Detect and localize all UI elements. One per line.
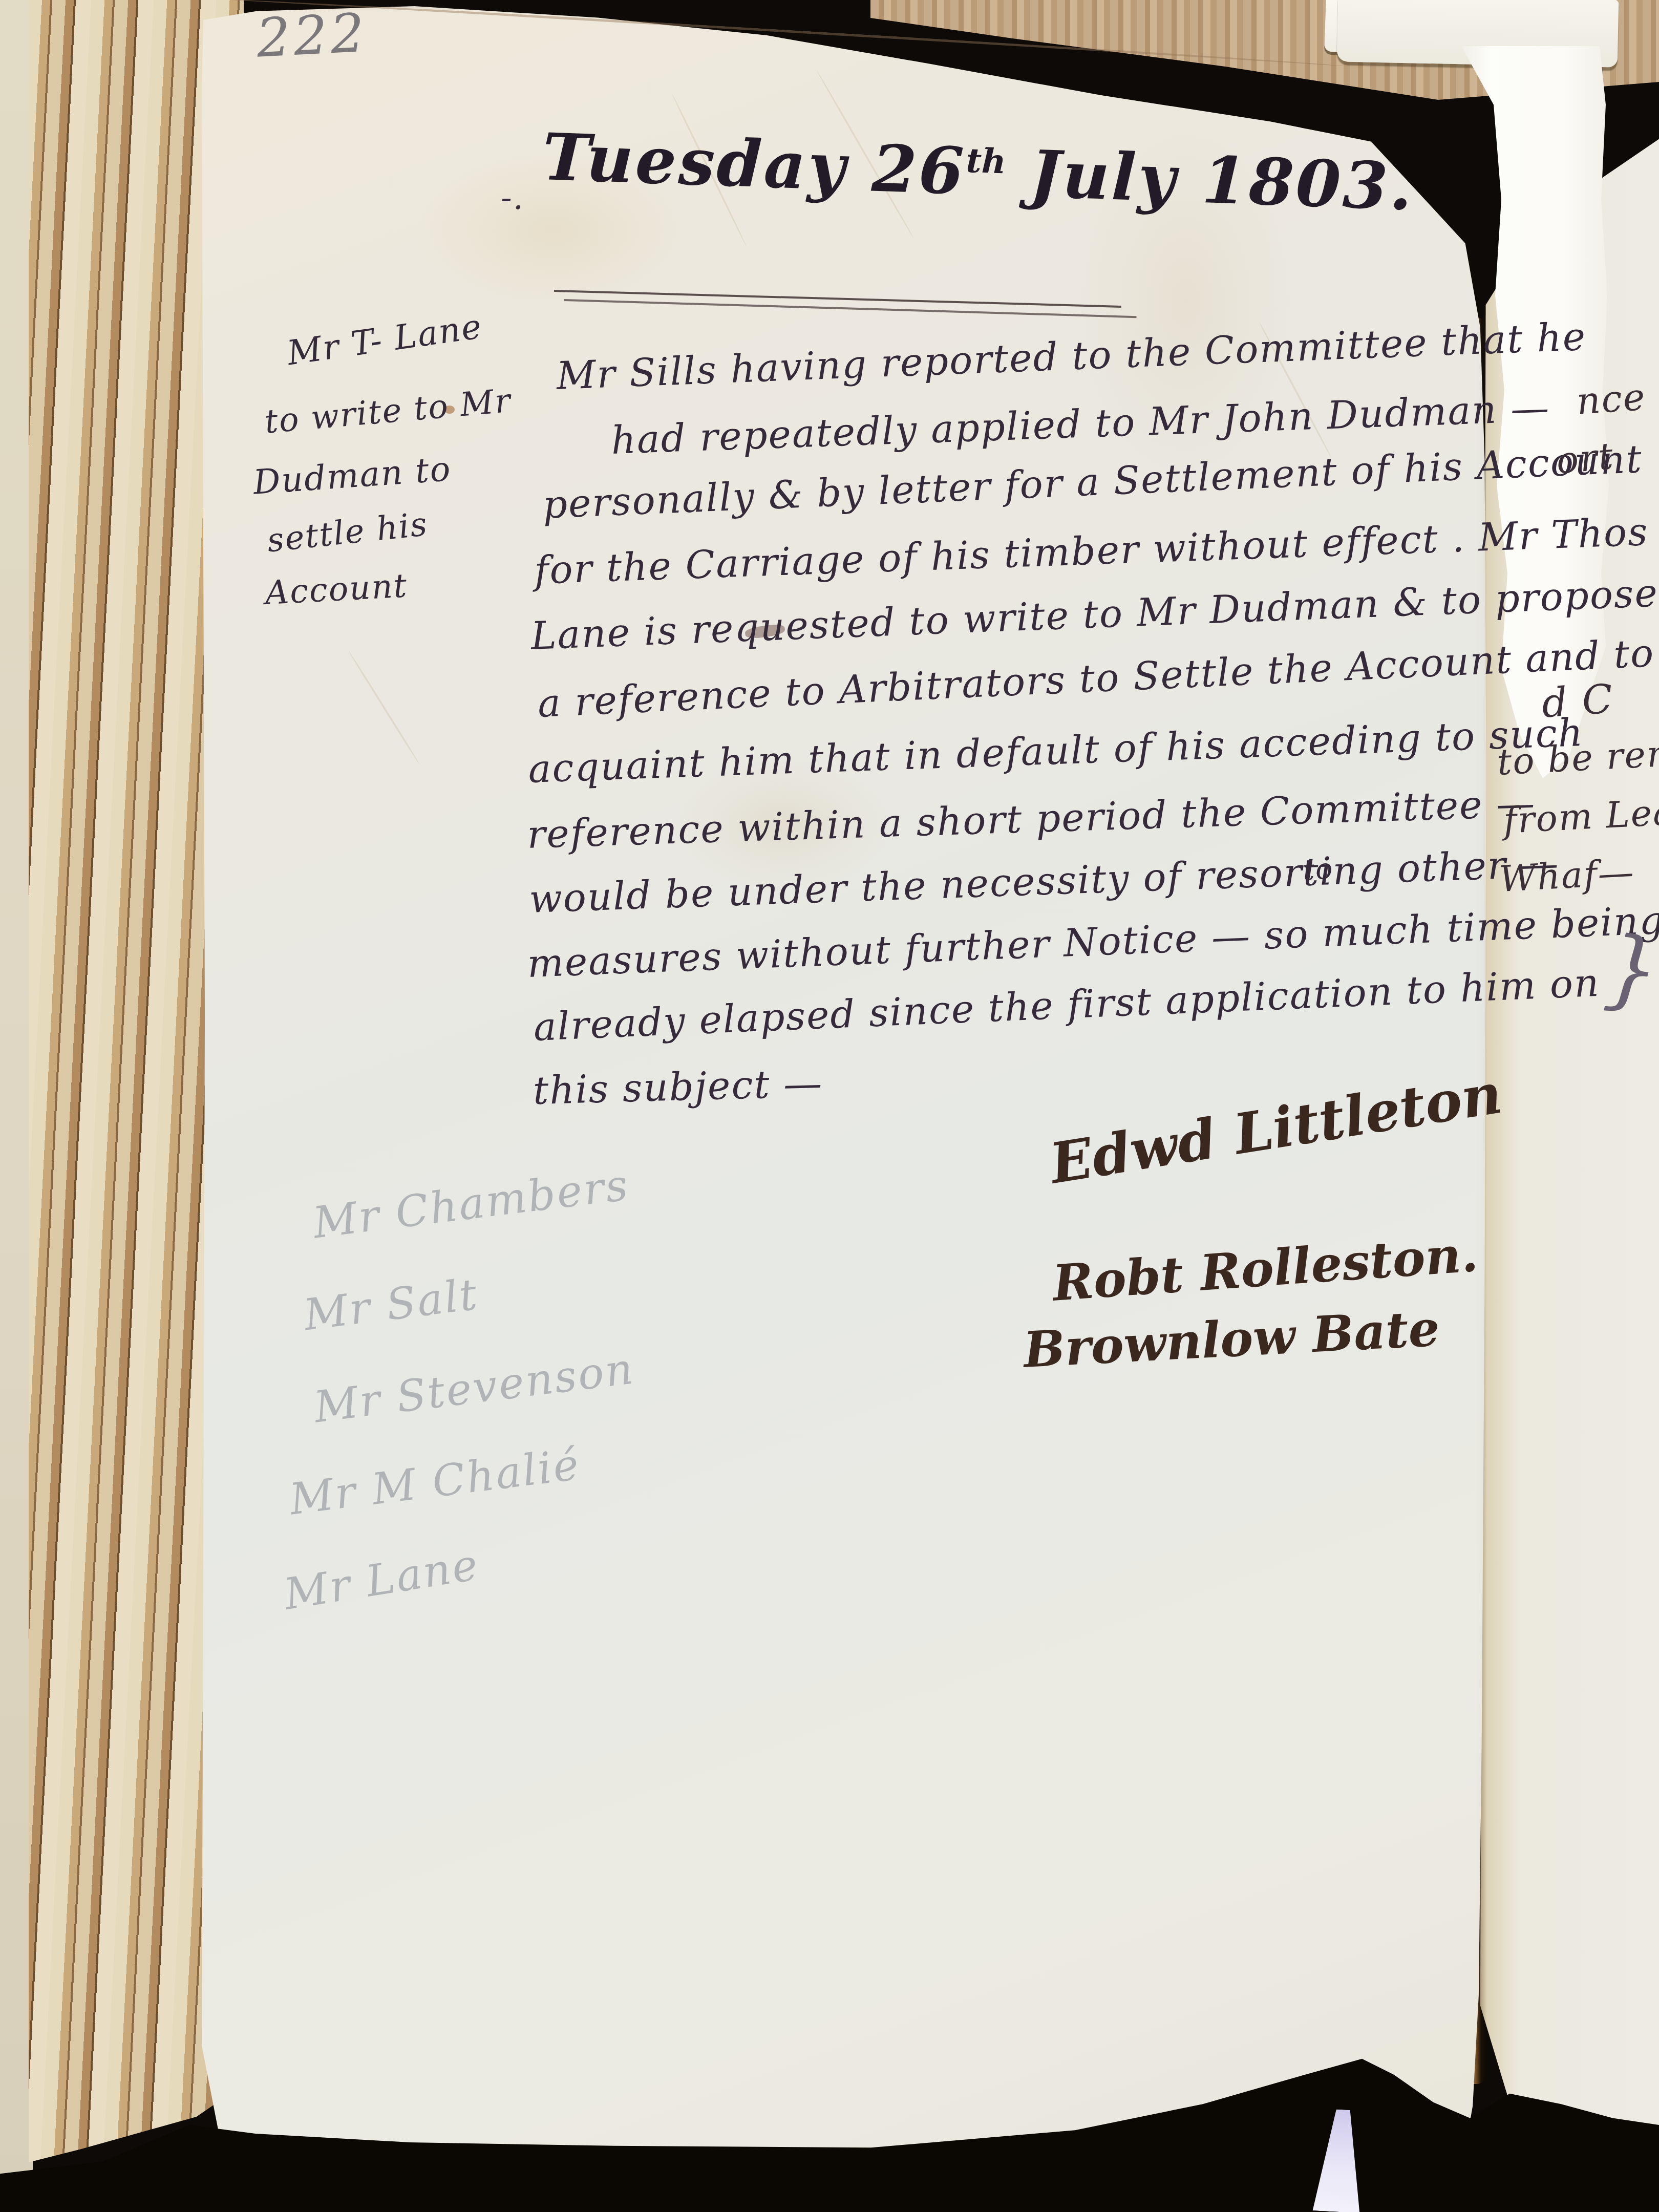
opposite-text-fragment: ort — [1555, 434, 1616, 482]
photograph-of-minute-book: 222 -. Tuesday 26th July 1803. Mr T- Lan… — [0, 0, 1659, 2212]
opposite-text-fragment: nce — [1575, 375, 1647, 423]
minute-body-line: this subject — — [533, 1060, 823, 1113]
title-ordinal-superscript: th — [965, 141, 1007, 182]
opposite-curly-brace: } — [1600, 917, 1659, 1022]
margin-note-line-5: Account — [264, 567, 409, 612]
title-lead-mark: -. — [501, 179, 524, 217]
title-month-year: July 1803. — [1004, 135, 1415, 225]
facing-page-sliver — [0, 0, 33, 2176]
opposite-text-fragment: Whaf— — [1498, 851, 1636, 900]
page-number: 222 — [255, 2, 369, 70]
interlinear-insertion: to — [1302, 852, 1335, 887]
opposite-text-fragment: d C — [1540, 676, 1615, 727]
title-day-and-number: Tuesday 26 — [541, 119, 967, 209]
